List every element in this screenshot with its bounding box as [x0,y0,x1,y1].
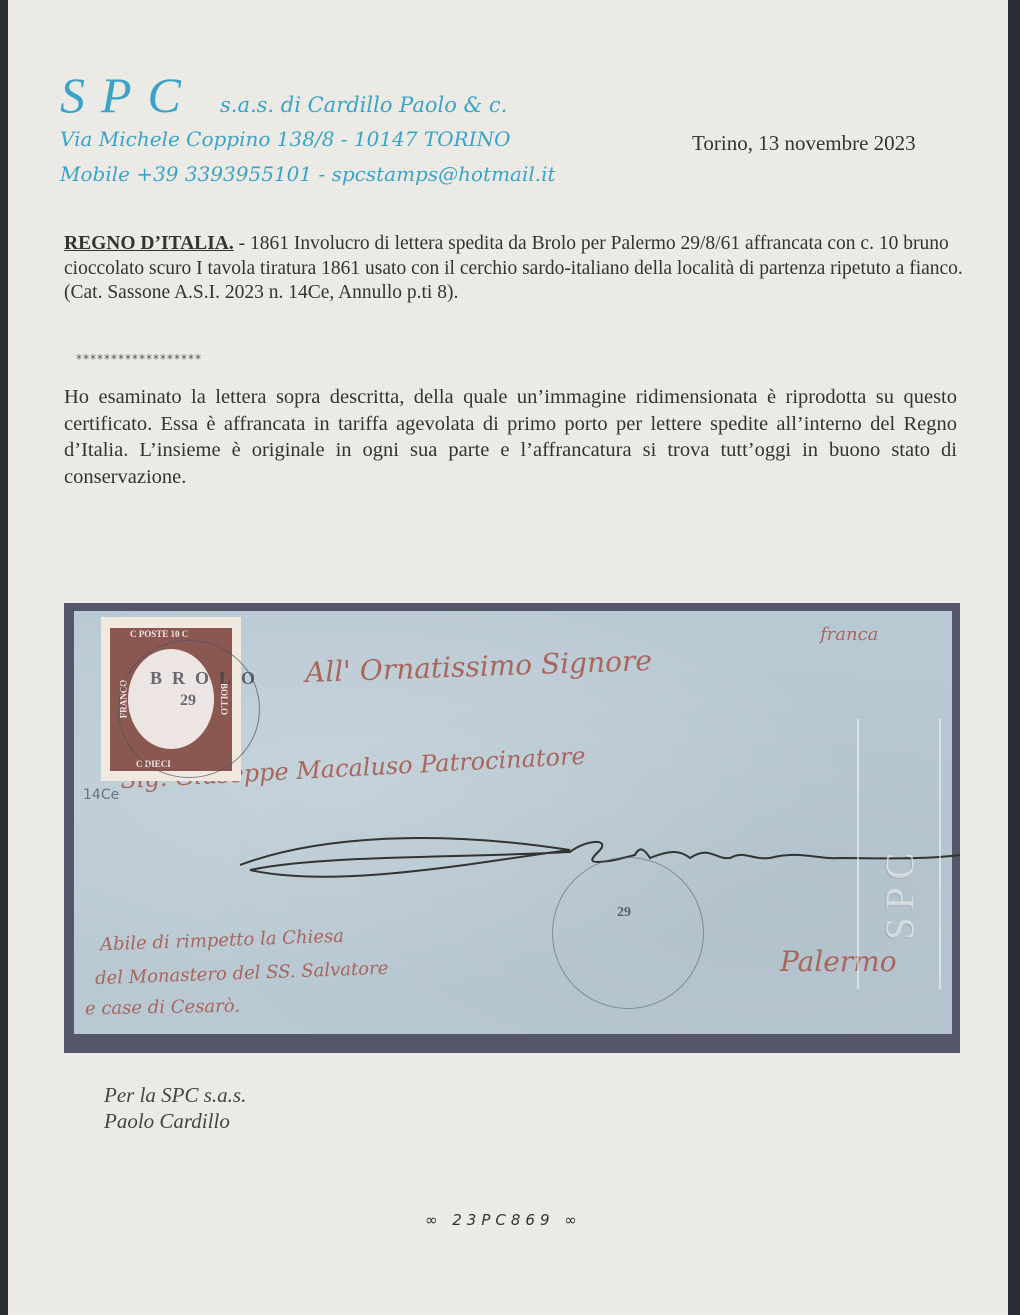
company-address: Via Michele Coppino 138/8 - 10147 TORINO [60,127,510,151]
item-description: REGNO D’ITALIA. - 1861 Involucro di lett… [64,232,964,306]
signature-line2: Paolo Cardillo [104,1108,246,1134]
postmark-town: BROLO [150,668,265,689]
catalog-reference: (Cat. Sassone A.S.I. 2023 n. 14Ce, Annul… [64,282,458,303]
handwriting-franca: franca [820,624,878,645]
company-logo: SPC [60,66,197,124]
pencil-catalog-note: 14Ce [83,787,119,803]
expert-signature: Per la SPC s.a.s. Paolo Cardillo [104,1082,246,1134]
company-name: s.a.s. di Cardillo Paolo & c. [220,93,507,117]
expertise-text: Ho esaminato la lettera sopra descritta,… [64,384,957,490]
place-date: Torino, 13 novembre 2023 [692,131,916,156]
description-title: REGNO D’ITALIA. [64,233,234,254]
separator-stars: ****************** [76,352,202,366]
certificate-number: ∞ 23PC869 ∞ [425,1211,582,1229]
signature-line1: Per la SPC s.a.s. [104,1082,246,1108]
postmark-repeat-day: 29 [617,905,631,921]
embossed-seal-text: SPC [876,845,923,940]
company-contact: Mobile +39 3393955101 - spcstamps@hotmai… [60,162,556,186]
postmark-repeat [552,857,704,1009]
stamp-top-text: C POSTE 10 C [130,629,188,639]
postmark-day: 29 [180,692,196,710]
handwriting-note3: e case di Cesarò. [85,996,240,1020]
